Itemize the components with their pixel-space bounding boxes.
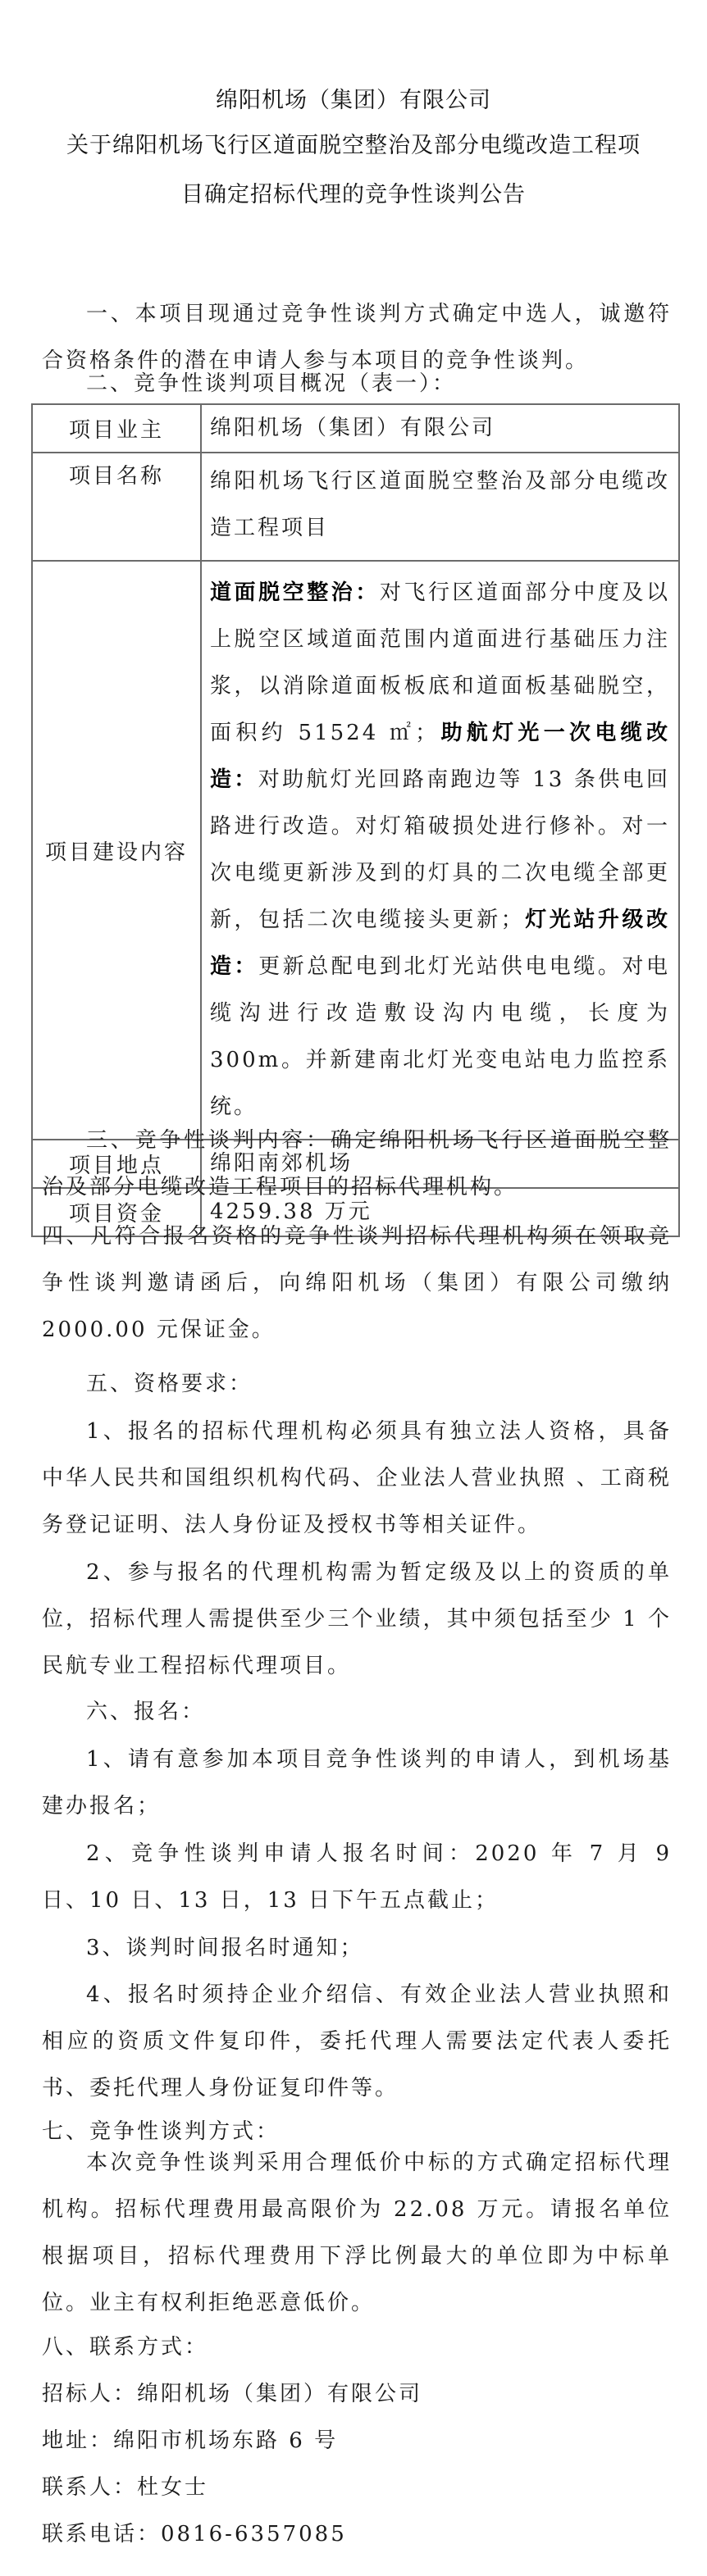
content-part-1-title: 道面脱空整治： [210,580,380,605]
construction-content-value: 道面脱空整治：对飞行区道面部分中度及以上脱空区域道面范围内道面进行基础压力注浆，… [201,561,679,1140]
registration-item-1: 1、请有意参加本项目竞争性谈判的申请人，到机场基建办报名； [42,1736,672,1830]
qualification-item-2: 2、参与报名的代理机构需为暂定级及以上的资质的单位，招标代理人需提供至少三个业绩… [42,1550,672,1690]
qualification-item-1: 1、报名的招标代理机构必须具有独立法人资格，具备中华人民共和国组织机构代码、企业… [42,1409,672,1549]
section-4-text: 四、凡符合报名资格的竞争性谈判招标代理机构须在领取竞争性谈判邀请函后，向绵阳机场… [42,1213,672,1354]
section-7-text: 本次竞争性谈判采用合理低价中标的方式确定招标代理机构。招标代理费用最高限价为 2… [42,2140,672,2327]
project-name-label: 项目名称 [32,453,201,561]
content-part-3-text: 更新总配电到北灯光站供电电缆。对电缆沟进行改造敷设沟内电缆，长度为 300m。并… [210,954,670,1119]
table-row: 项目建设内容 道面脱空整治：对飞行区道面部分中度及以上脱空区域道面范围内道面进行… [32,561,679,1140]
project-overview-table: 项目业主 绵阳机场（集团）有限公司 项目名称 绵阳机场飞行区道面脱空整治及部分电… [31,403,680,1237]
owner-value: 绵阳机场（集团）有限公司 [201,404,679,453]
construction-content-label: 项目建设内容 [32,561,201,1140]
table-row: 项目业主 绵阳机场（集团）有限公司 [32,404,679,453]
project-name-value: 绵阳机场飞行区道面脱空整治及部分电缆改造工程项目 [201,453,679,561]
notice-title-line2: 目确定招标代理的竞争性谈判公告 [0,176,707,208]
section-8-heading: 八、联系方式： [42,2324,672,2371]
registration-item-3: 3、谈判时间报名时通知； [42,1925,672,1972]
address-line: 地址：绵阳市机场东路 6 号 [42,2418,672,2464]
registration-item-2: 2、竞争性谈判申请人报名时间：2020 年 7 月 9 日、10 日、13 日，… [42,1831,672,1924]
section-5-heading: 五、资格要求： [42,1361,672,1408]
section-3-text: 三、竞争性谈判内容：确定绵阳机场飞行区道面脱空整治及部分电缆改造工程项目的招标代… [42,1117,672,1211]
registration-item-4: 4、报名时须持企业介绍信、有效企业法人营业执照和相应的资质文件复印件，委托代理人… [42,1972,672,2112]
table-row: 项目名称 绵阳机场飞行区道面脱空整治及部分电缆改造工程项目 [32,453,679,561]
notice-title-line1: 关于绵阳机场飞行区道面脱空整治及部分电缆改造工程项 [0,127,707,159]
contact-person-line: 联系人：杜女士 [42,2464,672,2511]
owner-label: 项目业主 [32,404,201,453]
section-2-heading: 二、竞争性谈判项目概况（表一）： [42,361,672,407]
phone-line: 联系电话：0816-6357085 [42,2511,672,2558]
company-title: 绵阳机场（集团）有限公司 [0,82,707,114]
tenderer-line: 招标人：绵阳机场（集团）有限公司 [42,2371,672,2418]
section-6-heading: 六、报名： [42,1689,672,1736]
